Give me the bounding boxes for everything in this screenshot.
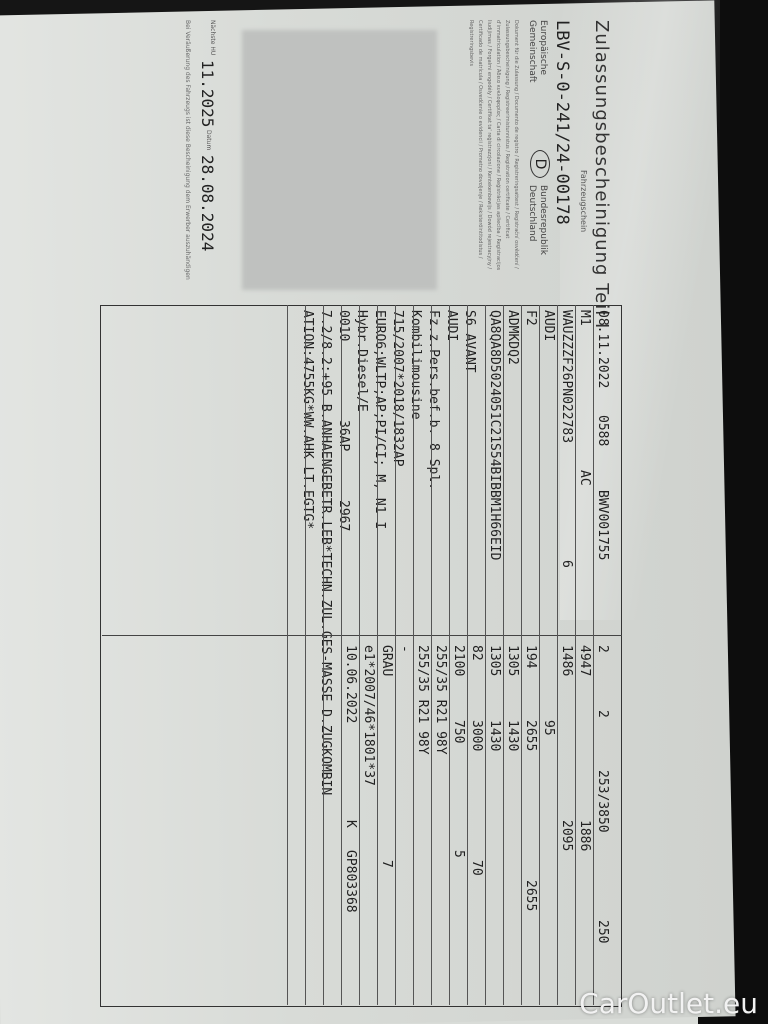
field-make-2: AUDI [444,310,459,341]
field-tyres-2: 255/35 R21 98Y [415,645,430,755]
ruling-line [395,305,396,1005]
divider [102,635,622,636]
field-trailer-unbraked: 750 [451,720,466,743]
valid-label: Nächste HU [209,20,216,55]
field-code-fuel: 0010 [336,310,351,341]
field-variant: ADMKDQ2 [505,310,520,365]
field-width: 1886 [577,820,592,851]
field-tyres-1: 255/35 R21 98Y [433,645,448,755]
field-mass-max-2: 2655 [523,880,538,911]
field-color-code: 7 [379,860,394,868]
ruling-line [305,305,306,1005]
field-fuel-tank: 82 [469,645,484,661]
ruling-line [359,305,360,1005]
eu-label: EuropäischeGemeinschaft [526,20,548,82]
field-color: GRAU [379,645,394,676]
field-axle-load-1b: 1430 [505,720,520,751]
field-code-emission: 36AP [336,420,351,451]
fine-print: Dokument für die Zulassung / Documento d… [466,20,520,280]
field-length: 4947 [577,645,592,676]
field-seats-count: 5 [451,850,466,858]
field-code-2-2: BWV001755 [595,490,610,560]
ruling-line [323,305,324,1005]
field-height: 1486 [559,645,574,676]
ruling-line [431,305,432,1005]
field-type: F2 [523,310,538,326]
field-rpm: 2100 [451,645,466,676]
field-remarks-2: ATION:4755KG*WW.AHK LT.EGTG* [300,310,315,529]
document-number: LBV-S-0-241/24-00178 [552,20,572,225]
field-k-label: K [343,820,358,828]
ruling-line [557,305,558,1005]
field-version: QA8QA8D5024051C21S54BIBBM1H66EID [487,310,502,560]
field-emission-regulation: 715/2007*2018/1832AP [390,310,405,467]
field-code-2-1: 0588 [595,415,610,446]
field-mass-empty: 2095 [559,820,574,851]
field-fuel: Hybr.Diesel/E [354,310,369,412]
field-dash: - [397,645,412,653]
issue-date: 28.08.2024 [198,155,217,251]
field-class: M1 [577,310,592,326]
field-make: AUDI [541,310,556,341]
field-seats: 2 [595,645,610,653]
field-model: S6 AVANT [462,310,477,373]
field-vin: WAUZZZF26PN022783 [559,310,574,443]
field-noise: 70 [469,860,484,876]
field-mass-max: 2655 [523,720,538,751]
field-approval-date: 10.06.2022 [343,645,358,723]
ruling-line [413,305,414,1005]
ruling-line [593,305,594,1005]
field-remarks-1: 7.2/8.2:+95 B.ANHAENGEBETR.LEB*TECHN.ZUL… [318,310,333,795]
field-axle-load-1: 1305 [505,645,520,676]
ruling-line [467,305,468,1005]
field-axle-load-2b: 1430 [487,720,502,751]
ruling-line [485,305,486,1005]
ruling-line [287,305,288,1005]
field-trailer-braked: 3000 [469,720,484,751]
redacted-owner [242,30,437,290]
field-eu-approval: e1*2007/46*1801*37 [361,645,376,786]
ruling-line [521,305,522,1005]
field-power: 253/3850 [595,770,610,833]
registration-document: Zulassungsbescheinigung Teil I Fahrzeugs… [112,20,612,980]
ruling-line [341,305,342,1005]
field-body-type: Kombilimousine [408,310,423,420]
field-mass-194: 194 [523,645,538,668]
ruling-line [449,305,450,1005]
field-axles: 2 [595,710,610,718]
date-label: Datum [205,130,212,150]
field-check-digit: 6 [559,560,574,568]
note-text: Bei Veräußerung des Fahrzeugs ist diese … [183,20,192,340]
field-body: AC [577,470,592,486]
country-oval: D [530,150,550,178]
field-vehicle-class: Fz.z.Pers.bef.b. 8 Spl. [426,310,441,490]
document-subtitle: Fahrzeugschein [579,170,588,232]
ruling-line [503,305,504,1005]
field-first-registration: 08.11.2022 [595,310,610,388]
ruling-line [377,305,378,1005]
ruling-line [539,305,540,1005]
ruling-line [575,305,576,1005]
document-title: Zulassungsbescheinigung Teil I [591,20,612,329]
field-axle-load-2: 1305 [487,645,502,676]
field-displacement: 2967 [336,500,351,531]
watermark-logo: CarOutlet.eu [579,987,758,1020]
valid-until: 11.2025 [198,60,217,127]
field-max-speed: 250 [595,920,610,943]
field-mass-95: 95 [541,720,556,736]
country-label: BundesrepublikDeutschland [526,185,548,255]
field-emission-class: EURO6;WLTP;AP;PI/CI; M, N1 I [372,310,387,529]
field-k-number: GP803368 [343,850,358,913]
